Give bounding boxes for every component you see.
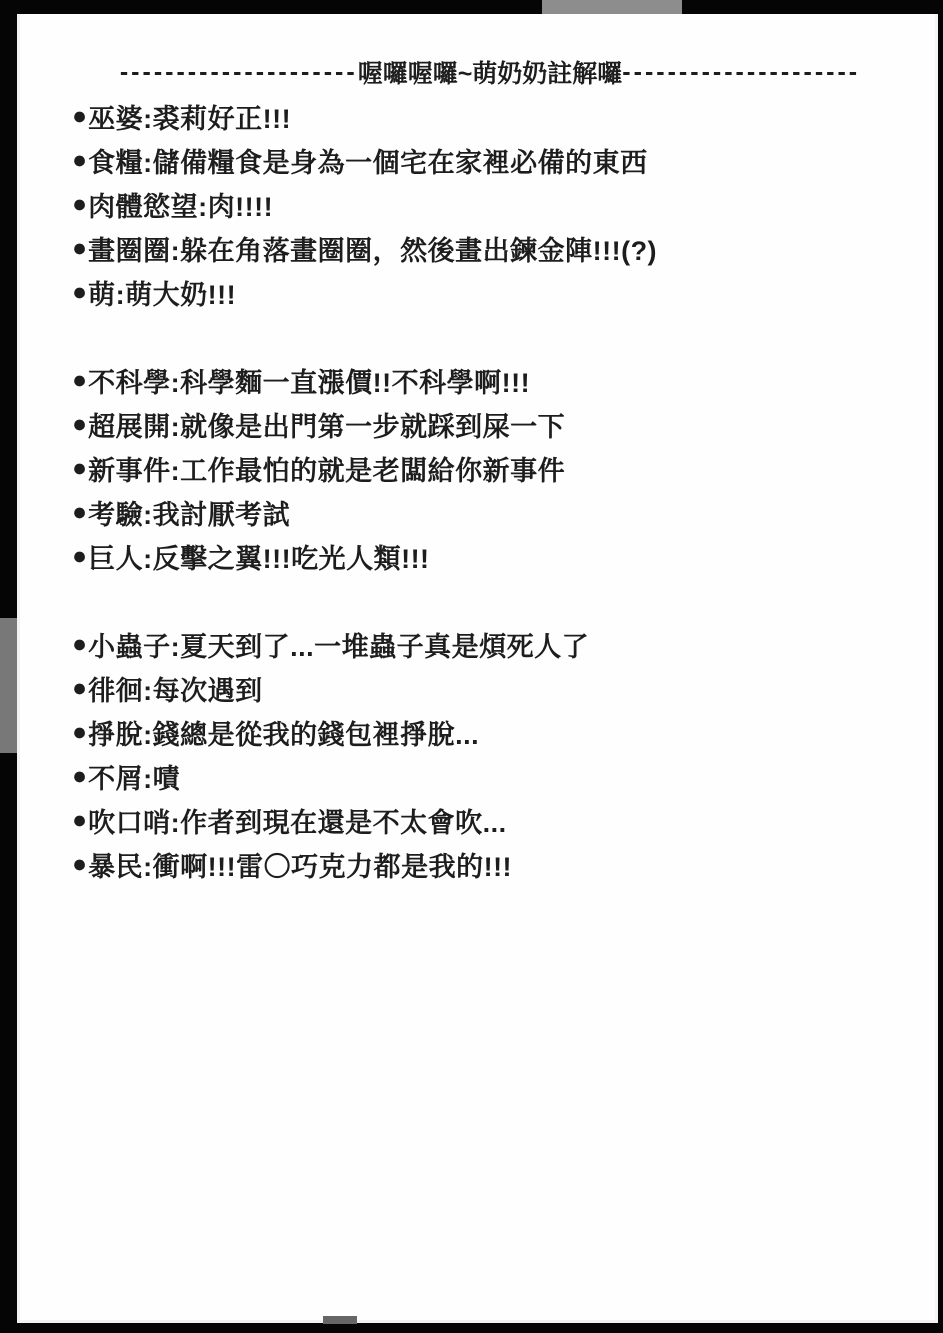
title-right-dashes: --------------------- bbox=[622, 58, 860, 87]
annotation-text: 食糧:儲備糧食是身為一個宅在家裡必備的東西 bbox=[88, 141, 648, 180]
bullet-icon: ● bbox=[72, 456, 87, 481]
bullet-icon: ● bbox=[72, 720, 87, 745]
annotation-text: 徘徊:每次遇到 bbox=[88, 669, 263, 708]
annotation-group: ●不科學:科學麵一直漲價!!不科學啊!!!●超展開:就像是出門第一步就踩到屎一下… bbox=[72, 358, 908, 578]
bullet-icon: ● bbox=[72, 632, 87, 657]
annotation-text: 掙脫:錢總是從我的錢包裡掙脫... bbox=[88, 713, 479, 752]
bullet-icon: ● bbox=[72, 808, 87, 833]
annotation-item: ●掙脫:錢總是從我的錢包裡掙脫... bbox=[72, 710, 908, 754]
bullet-icon: ● bbox=[72, 192, 87, 217]
annotation-text: 巨人:反擊之翼!!!吃光人類!!! bbox=[88, 537, 429, 576]
annotation-group: ●巫婆:裘莉好正!!!●食糧:儲備糧食是身為一個宅在家裡必備的東西●肉體慾望:肉… bbox=[72, 94, 908, 314]
annotation-item: ●食糧:儲備糧食是身為一個宅在家裡必備的東西 bbox=[72, 138, 908, 182]
bullet-icon: ● bbox=[72, 852, 87, 877]
bottom-scan-gray-notch bbox=[323, 1316, 357, 1324]
annotation-item: ●不屑:嘖 bbox=[72, 754, 908, 798]
annotation-item: ●超展開:就像是出門第一步就踩到屎一下 bbox=[72, 402, 908, 446]
annotation-text: 新事件:工作最怕的就是老闆給你新事件 bbox=[88, 449, 565, 488]
left-scan-gray-block bbox=[0, 618, 17, 753]
annotation-text: 超展開:就像是出門第一步就踩到屎一下 bbox=[88, 405, 565, 444]
bullet-icon: ● bbox=[72, 544, 87, 569]
annotation-list: ●巫婆:裘莉好正!!!●食糧:儲備糧食是身為一個宅在家裡必備的東西●肉體慾望:肉… bbox=[72, 94, 908, 886]
annotation-text: 萌:萌大奶!!! bbox=[88, 273, 236, 312]
annotation-item: ●肉體慾望:肉!!!! bbox=[72, 182, 908, 226]
section-title: ---------------------喔囉喔囉~萌奶奶註解囉--------… bbox=[72, 50, 908, 94]
annotation-text: 畫圈圈:躲在角落畫圈圈，然後畫出鍊金陣!!!(?) bbox=[88, 229, 657, 268]
annotation-item: ●徘徊:每次遇到 bbox=[72, 666, 908, 710]
page-title: 喔囉喔囉~萌奶奶註解囉 bbox=[358, 54, 623, 90]
annotation-text: 暴民:衝啊!!!雷〇巧克力都是我的!!! bbox=[88, 845, 512, 884]
annotation-text: 不科學:科學麵一直漲價!!不科學啊!!! bbox=[88, 361, 530, 400]
annotation-item: ●巫婆:裘莉好正!!! bbox=[72, 94, 908, 138]
bullet-icon: ● bbox=[72, 412, 87, 437]
annotation-item: ●萌:萌大奶!!! bbox=[72, 270, 908, 314]
annotation-text: 小蟲子:夏天到了...一堆蟲子真是煩死人了 bbox=[88, 625, 589, 664]
scan-page: ---------------------喔囉喔囉~萌奶奶註解囉--------… bbox=[17, 14, 938, 1323]
annotation-item: ●小蟲子:夏天到了...一堆蟲子真是煩死人了 bbox=[72, 622, 908, 666]
bullet-icon: ● bbox=[72, 676, 87, 701]
annotation-text: 肉體慾望:肉!!!! bbox=[88, 185, 273, 224]
annotation-group: ●小蟲子:夏天到了...一堆蟲子真是煩死人了●徘徊:每次遇到●掙脫:錢總是從我的… bbox=[72, 622, 908, 886]
annotation-item: ●考驗:我討厭考試 bbox=[72, 490, 908, 534]
annotation-item: ●畫圈圈:躲在角落畫圈圈，然後畫出鍊金陣!!!(?) bbox=[72, 226, 908, 270]
annotation-text: 不屑:嘖 bbox=[88, 757, 180, 796]
bullet-icon: ● bbox=[72, 500, 87, 525]
annotation-item: ●不科學:科學麵一直漲價!!不科學啊!!! bbox=[72, 358, 908, 402]
annotation-text: 考驗:我討厭考試 bbox=[88, 493, 290, 532]
annotation-item: ●巨人:反擊之翼!!!吃光人類!!! bbox=[72, 534, 908, 578]
annotation-item: ●暴民:衝啊!!!雷〇巧克力都是我的!!! bbox=[72, 842, 908, 886]
title-left-dashes: --------------------- bbox=[120, 58, 358, 87]
bullet-icon: ● bbox=[72, 368, 87, 393]
annotation-text: 巫婆:裘莉好正!!! bbox=[88, 97, 291, 136]
bullet-icon: ● bbox=[72, 236, 87, 261]
bullet-icon: ● bbox=[72, 764, 87, 789]
annotation-item: ●新事件:工作最怕的就是老闆給你新事件 bbox=[72, 446, 908, 490]
annotation-text: 吹口哨:作者到現在還是不太會吹... bbox=[88, 801, 507, 840]
bullet-icon: ● bbox=[72, 148, 87, 173]
bullet-icon: ● bbox=[72, 280, 87, 305]
bullet-icon: ● bbox=[72, 104, 87, 129]
top-scan-gray-block bbox=[542, 0, 682, 14]
annotation-item: ●吹口哨:作者到現在還是不太會吹... bbox=[72, 798, 908, 842]
